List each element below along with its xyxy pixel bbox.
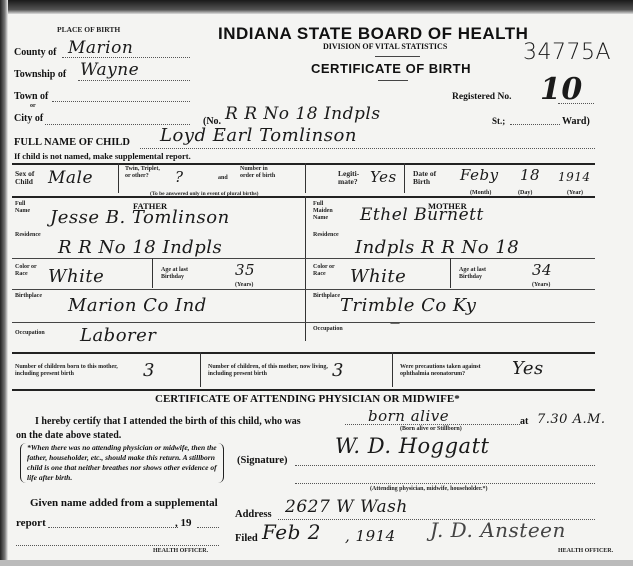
- scan-edge-left: [0, 0, 8, 566]
- mother-name: Ethel Burnett: [360, 205, 484, 225]
- town-label: Town of: [14, 91, 48, 102]
- father-name-label: Full Name: [15, 201, 35, 215]
- twin-value: ?: [175, 168, 184, 186]
- children-born: 3: [143, 360, 155, 381]
- mother-name-label: Full Maiden Name: [313, 201, 343, 222]
- full-name-label: FULL NAME OF CHILD: [14, 137, 130, 148]
- divider: [375, 56, 420, 57]
- given-name-label: Given name added from a supplemental: [30, 497, 218, 509]
- father-occupation: Laborer: [80, 325, 156, 346]
- mother-occupation-label: Occupation: [313, 326, 343, 333]
- instructions-note: *When there was no attending physician o…: [27, 443, 217, 483]
- children-born-label: Number of children born to this mother, …: [15, 364, 120, 378]
- division-label: DIVISION OF VITAL STATISTICS: [323, 42, 447, 51]
- father-residence-label: Residence: [15, 232, 41, 239]
- father-age-label: Age at last Birthday: [161, 267, 206, 281]
- birth-day: 18: [520, 166, 540, 184]
- birth-order-label: Number in order of birth: [240, 166, 280, 180]
- address-label: Address: [235, 509, 272, 520]
- registered-no: 10: [540, 72, 583, 107]
- filed-label: Filed: [235, 533, 258, 544]
- date-stated: on the date above stated.: [16, 430, 121, 441]
- mother-color-label: Color or Race: [313, 264, 343, 278]
- file-number: 34775A: [523, 40, 611, 65]
- mother-birthplace-label: Birthplace: [313, 293, 340, 300]
- mother-birthplace: Trimble Co Ky: [340, 295, 476, 316]
- county-label: County of: [14, 47, 57, 58]
- birth-month: Feby: [460, 166, 499, 184]
- township-value: Wayne: [80, 60, 139, 80]
- father-age: 35: [235, 261, 255, 279]
- father-residence: R R No 18 Indpls: [58, 237, 222, 258]
- signature-label: (Signature): [237, 455, 288, 466]
- filed-date: Feb 2: [262, 520, 321, 544]
- township-label: Township of: [14, 69, 66, 80]
- document-title: INDIANA STATE BOARD OF HEALTH: [218, 24, 528, 44]
- certificate-title: CERTIFICATE OF BIRTH: [311, 61, 471, 76]
- filed-year: , 1914: [345, 527, 396, 545]
- county-value: Marion: [68, 38, 133, 58]
- attending-section-title: CERTIFICATE OF ATTENDING PHYSICIAN OR MI…: [155, 393, 460, 405]
- birth-status: born alive: [368, 407, 449, 425]
- father-birthplace: Marion Co Ind: [68, 295, 207, 316]
- sex-label: Sex of Child: [15, 170, 43, 186]
- divider: [378, 80, 408, 81]
- precautions-label: Were precautions taken against ophthalmi…: [400, 364, 505, 378]
- mother-occupation: —: [390, 318, 401, 329]
- father-color-label: Color or Race: [15, 264, 45, 278]
- children-living-label: Number of children, of this mother, now …: [208, 364, 333, 378]
- birth-time: 7.30 A.M.: [537, 412, 606, 427]
- mother-residence-label: Residence: [313, 232, 339, 239]
- registrar-signature: J. D. Ansteen: [430, 518, 566, 542]
- street-address: R R No 18 Indpls: [225, 104, 381, 124]
- mother-age: 34: [532, 261, 552, 279]
- scan-edge-top: [0, 0, 633, 14]
- registered-no-label: Registered No.: [452, 92, 511, 102]
- twin-label: Twin, Triplet, or other?: [125, 166, 165, 180]
- legitimate-label: Legiti-mate?: [338, 170, 368, 186]
- children-living: 3: [332, 360, 344, 381]
- birth-year: 1914: [558, 170, 591, 184]
- certify-text: I hereby certify that I attended the bir…: [35, 416, 301, 427]
- child-full-name: Loyd Earl Tomlinson: [160, 125, 357, 146]
- not-named-note: If child is not named, make supplemental…: [14, 151, 191, 161]
- city-label: City of: [14, 113, 43, 124]
- ward-label: Ward): [562, 116, 590, 127]
- legitimate-value: Yes: [370, 168, 397, 186]
- mother-color: White: [350, 266, 406, 287]
- dob-label: Date of Birth: [413, 170, 443, 186]
- mother-residence: Indpls R R No 18: [355, 237, 519, 258]
- precautions-value: Yes: [512, 358, 544, 379]
- place-of-birth-label: PLACE OF BIRTH: [57, 26, 120, 33]
- scan-edge-bottom: [0, 560, 633, 566]
- father-color: White: [48, 266, 104, 287]
- physician-signature: W. D. Hoggatt: [335, 434, 489, 458]
- st-label: St.;: [492, 116, 505, 126]
- instructions-note-box: *When there was no attending physician o…: [20, 443, 224, 483]
- sex-value: Male: [48, 168, 93, 188]
- father-birthplace-label: Birthplace: [15, 293, 42, 300]
- address-value: 2627 W Wash: [285, 497, 408, 517]
- mother-age-label: Age at last Birthday: [459, 267, 504, 281]
- father-occupation-label: Occupation: [15, 330, 45, 337]
- father-name: Jesse B. Tomlinson: [50, 207, 230, 228]
